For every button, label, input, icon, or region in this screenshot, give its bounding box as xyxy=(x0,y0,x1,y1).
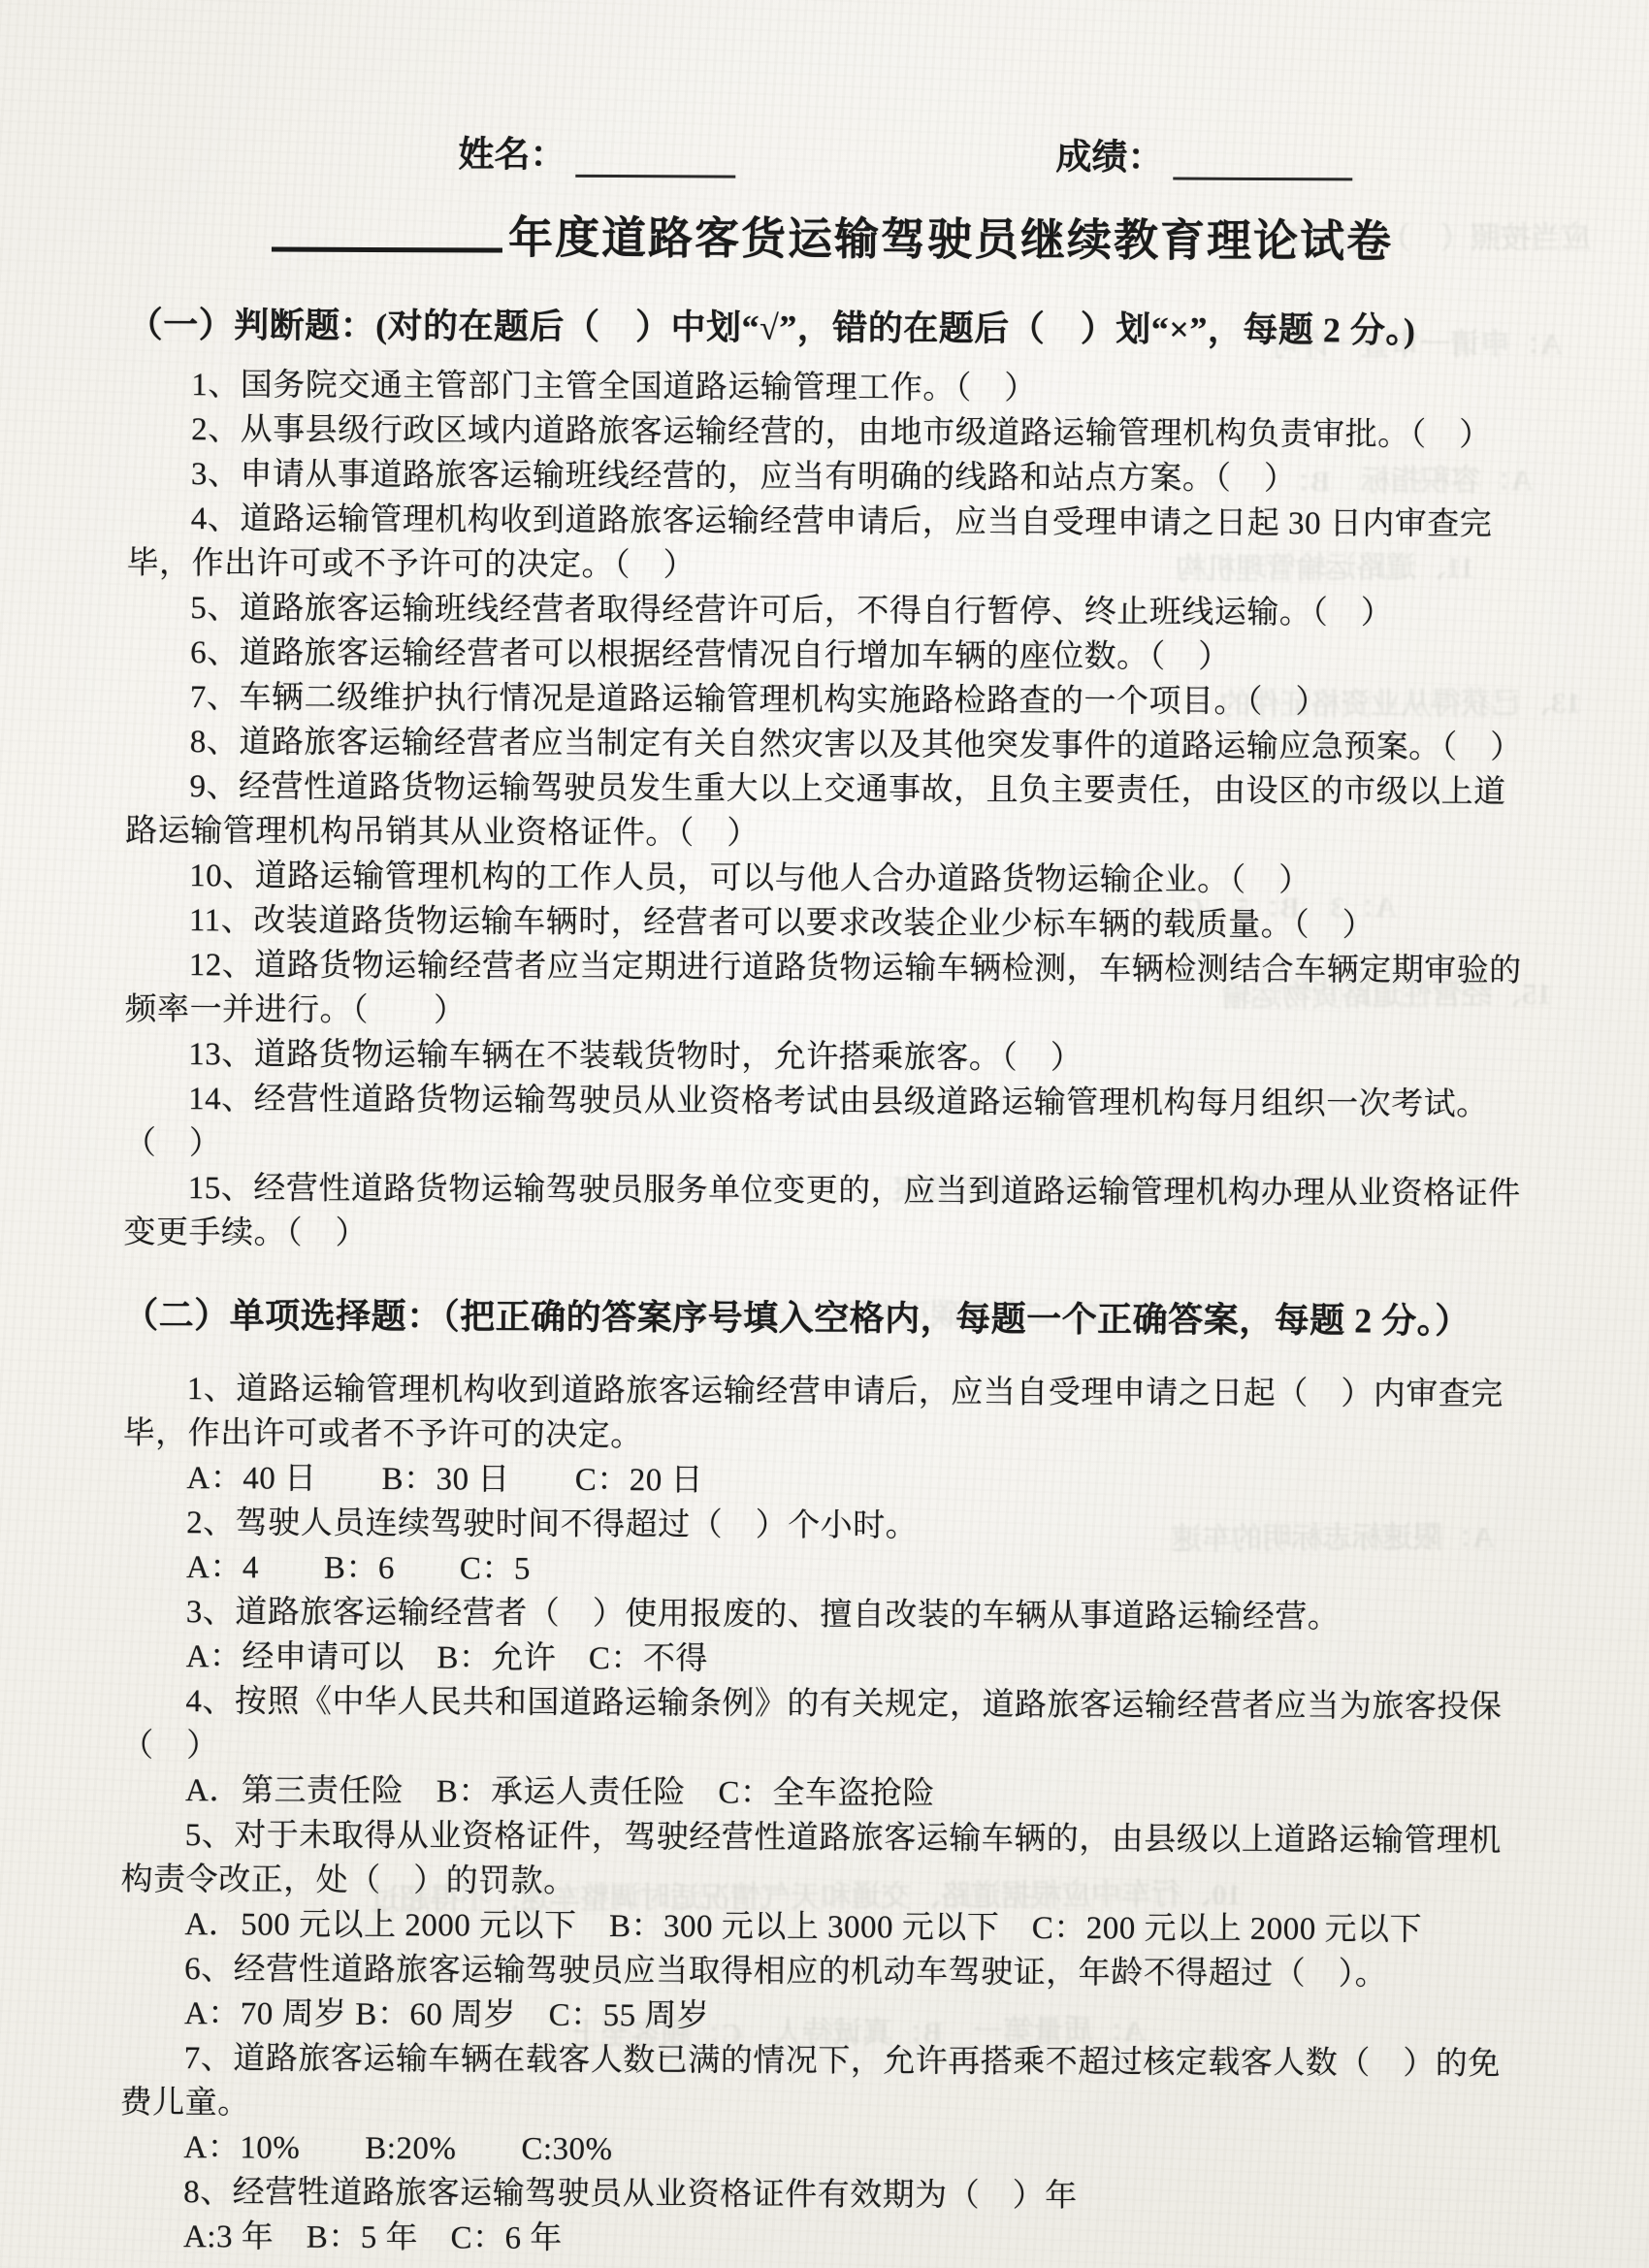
tf-question-1: 1、国务院交通主管部门主管全国道路运输管理工作。（ ） xyxy=(127,363,1536,413)
mc-options-8: A:3 年 B：5 年 C：6 年 xyxy=(119,2215,1528,2265)
tf-question-11: 11、改装道路货物运输车辆时，经营者可以要求改装企业少标车辆的载质量。（ ） xyxy=(125,898,1534,949)
score-field: 成绩： xyxy=(1055,127,1352,180)
tf-question-3: 3、申请从事道路旅客运输班线经营的，应当有明确的线路和站点方案。（ ） xyxy=(127,452,1536,502)
score-label: 成绩： xyxy=(1055,127,1163,179)
tf-question-9: 9、经营性道路货物运输驾驶员发生重大以上交通事故，且负主要责任，由设区的市级以上… xyxy=(125,764,1534,859)
mc-question-3: 3、道路旅客运输经营者（ ）使用报废的、擅自改装的车辆从事道路运输经营。 xyxy=(122,1590,1531,1640)
tf-question-14: 14、经营性道路货物运输驾驶员从业资格考试由县级道路运输管理机构每月组织一次考试… xyxy=(124,1077,1533,1172)
tf-question-13: 13、道路货物运输车辆在不装载货物时，允许搭乘旅客。（ ） xyxy=(124,1032,1533,1083)
year-blank-line xyxy=(272,214,502,253)
mc-question-6: 6、经营性道路旅客运输驾驶员应当取得相应的机动车驾驶证，年龄不得超过（ ）。 xyxy=(120,1947,1529,1997)
mc-question-7: 7、道路旅客运输车辆在载客人数已满的情况下，允许再搭乘不超过核定载客人数（ ）的… xyxy=(120,2036,1529,2131)
mc-question-5: 5、对于未取得从业资格证件，驾驶经营性道路旅客运输车辆的，由县级以上道路运输管理… xyxy=(121,1813,1530,1908)
tf-question-10: 10、道路运输管理机构的工作人员，可以与他人合办道路货物运输企业。（ ） xyxy=(125,854,1534,904)
mc-question-4: 4、按照《中华人民共和国道路运输条例》的有关规定，道路旅客运输经营者应当为旅客投… xyxy=(121,1679,1530,1774)
mc-options-3: A：经申请可以 B：允许 C：不得 xyxy=(122,1635,1531,1685)
tf-question-6: 6、道路旅客运输经营者可以根据经营情况自行增加车辆的座位数。（ ） xyxy=(126,631,1535,681)
mc-question-2: 2、驾驶人员连续驾驶时间不得超过（ ）个小时。 xyxy=(122,1501,1531,1551)
paper-title-text: 年度道路客货运输驾驶员继续教育理论试卷 xyxy=(508,213,1393,267)
header-row: 姓名： 成绩： xyxy=(458,126,1536,181)
mc-question-1: 1、道路运输管理机构收到道路旅客运输经营申请后，应当自受理申请之日起（ ）内审查… xyxy=(123,1367,1532,1462)
mc-options-4: A．第三责任险 B：承运人责任险 C：全车盗抢险 xyxy=(121,1768,1530,1819)
paper-title: 年度道路客货运输驾驶员继续教育理论试卷 xyxy=(128,201,1536,271)
tf-question-4: 4、道路运输管理机构收到道路旅客运输经营申请后，应当自受理申请之日起 30 日内… xyxy=(126,497,1535,592)
section2-heading: （二）单项选择题：（把正确的答案序号填入空格内，每题一个正确答案，每题 2 分。… xyxy=(123,1288,1532,1344)
mc-options-6: A：70 周岁 B：60 周岁 C：55 周岁 xyxy=(120,1992,1529,2042)
name-label: 姓名： xyxy=(458,124,566,177)
mc-options-5: A．500 元以上 2000 元以下 B：300 元以上 3000 元以下 C：… xyxy=(120,1902,1529,1953)
tf-question-7: 7、车辆二级维护执行情况是道路运输管理机构实施路检路查的一个项目。（ ） xyxy=(126,675,1535,726)
section1-heading: （一）判断题：(对的在题后（ ）中划“√”，错的在题后（ ）划“×”，每题 2 … xyxy=(128,298,1536,353)
tf-question-2: 2、从事县级行政区域内道路旅客运输经营的，由地市级道路运输管理机构负责审批。（ … xyxy=(127,407,1536,458)
score-blank-line xyxy=(1173,139,1352,181)
exam-paper: 应当按照（ ）指定的 A：申请一审查一许可 A：容积指标 B： 11、道路运输管… xyxy=(0,0,1649,2268)
name-field: 姓名： xyxy=(458,124,735,178)
mc-question-8: 8、经营牲道路旅客运输驾驶员从业资格证件有效期为（ ）年 xyxy=(119,2170,1528,2220)
mc-options-2: A：4 B：6 C：5 xyxy=(122,1545,1531,1596)
tf-question-15: 15、经营性道路货物运输驾驶员服务单位变更的，应当到道路运输管理机构办理从业资格… xyxy=(123,1166,1532,1261)
mc-options-7: A：10% B:20% C:30% xyxy=(119,2125,1528,2176)
name-blank-line xyxy=(575,136,735,178)
tf-question-5: 5、道路旅客运输班线经营者取得经营许可后，不得自行暂停、终止班线运输。（ ） xyxy=(126,586,1535,636)
mc-options-1: A：40 日 B：30 日 C：20 日 xyxy=(122,1456,1531,1507)
tf-question-8: 8、道路旅客运输经营者应当制定有关自然灾害以及其他突发事件的道路运输应急预案。（… xyxy=(126,720,1535,770)
tf-question-12: 12、道路货物运输经营者应当定期进行道路货物运输车辆检测，车辆检测结合车辆定期审… xyxy=(124,943,1533,1038)
